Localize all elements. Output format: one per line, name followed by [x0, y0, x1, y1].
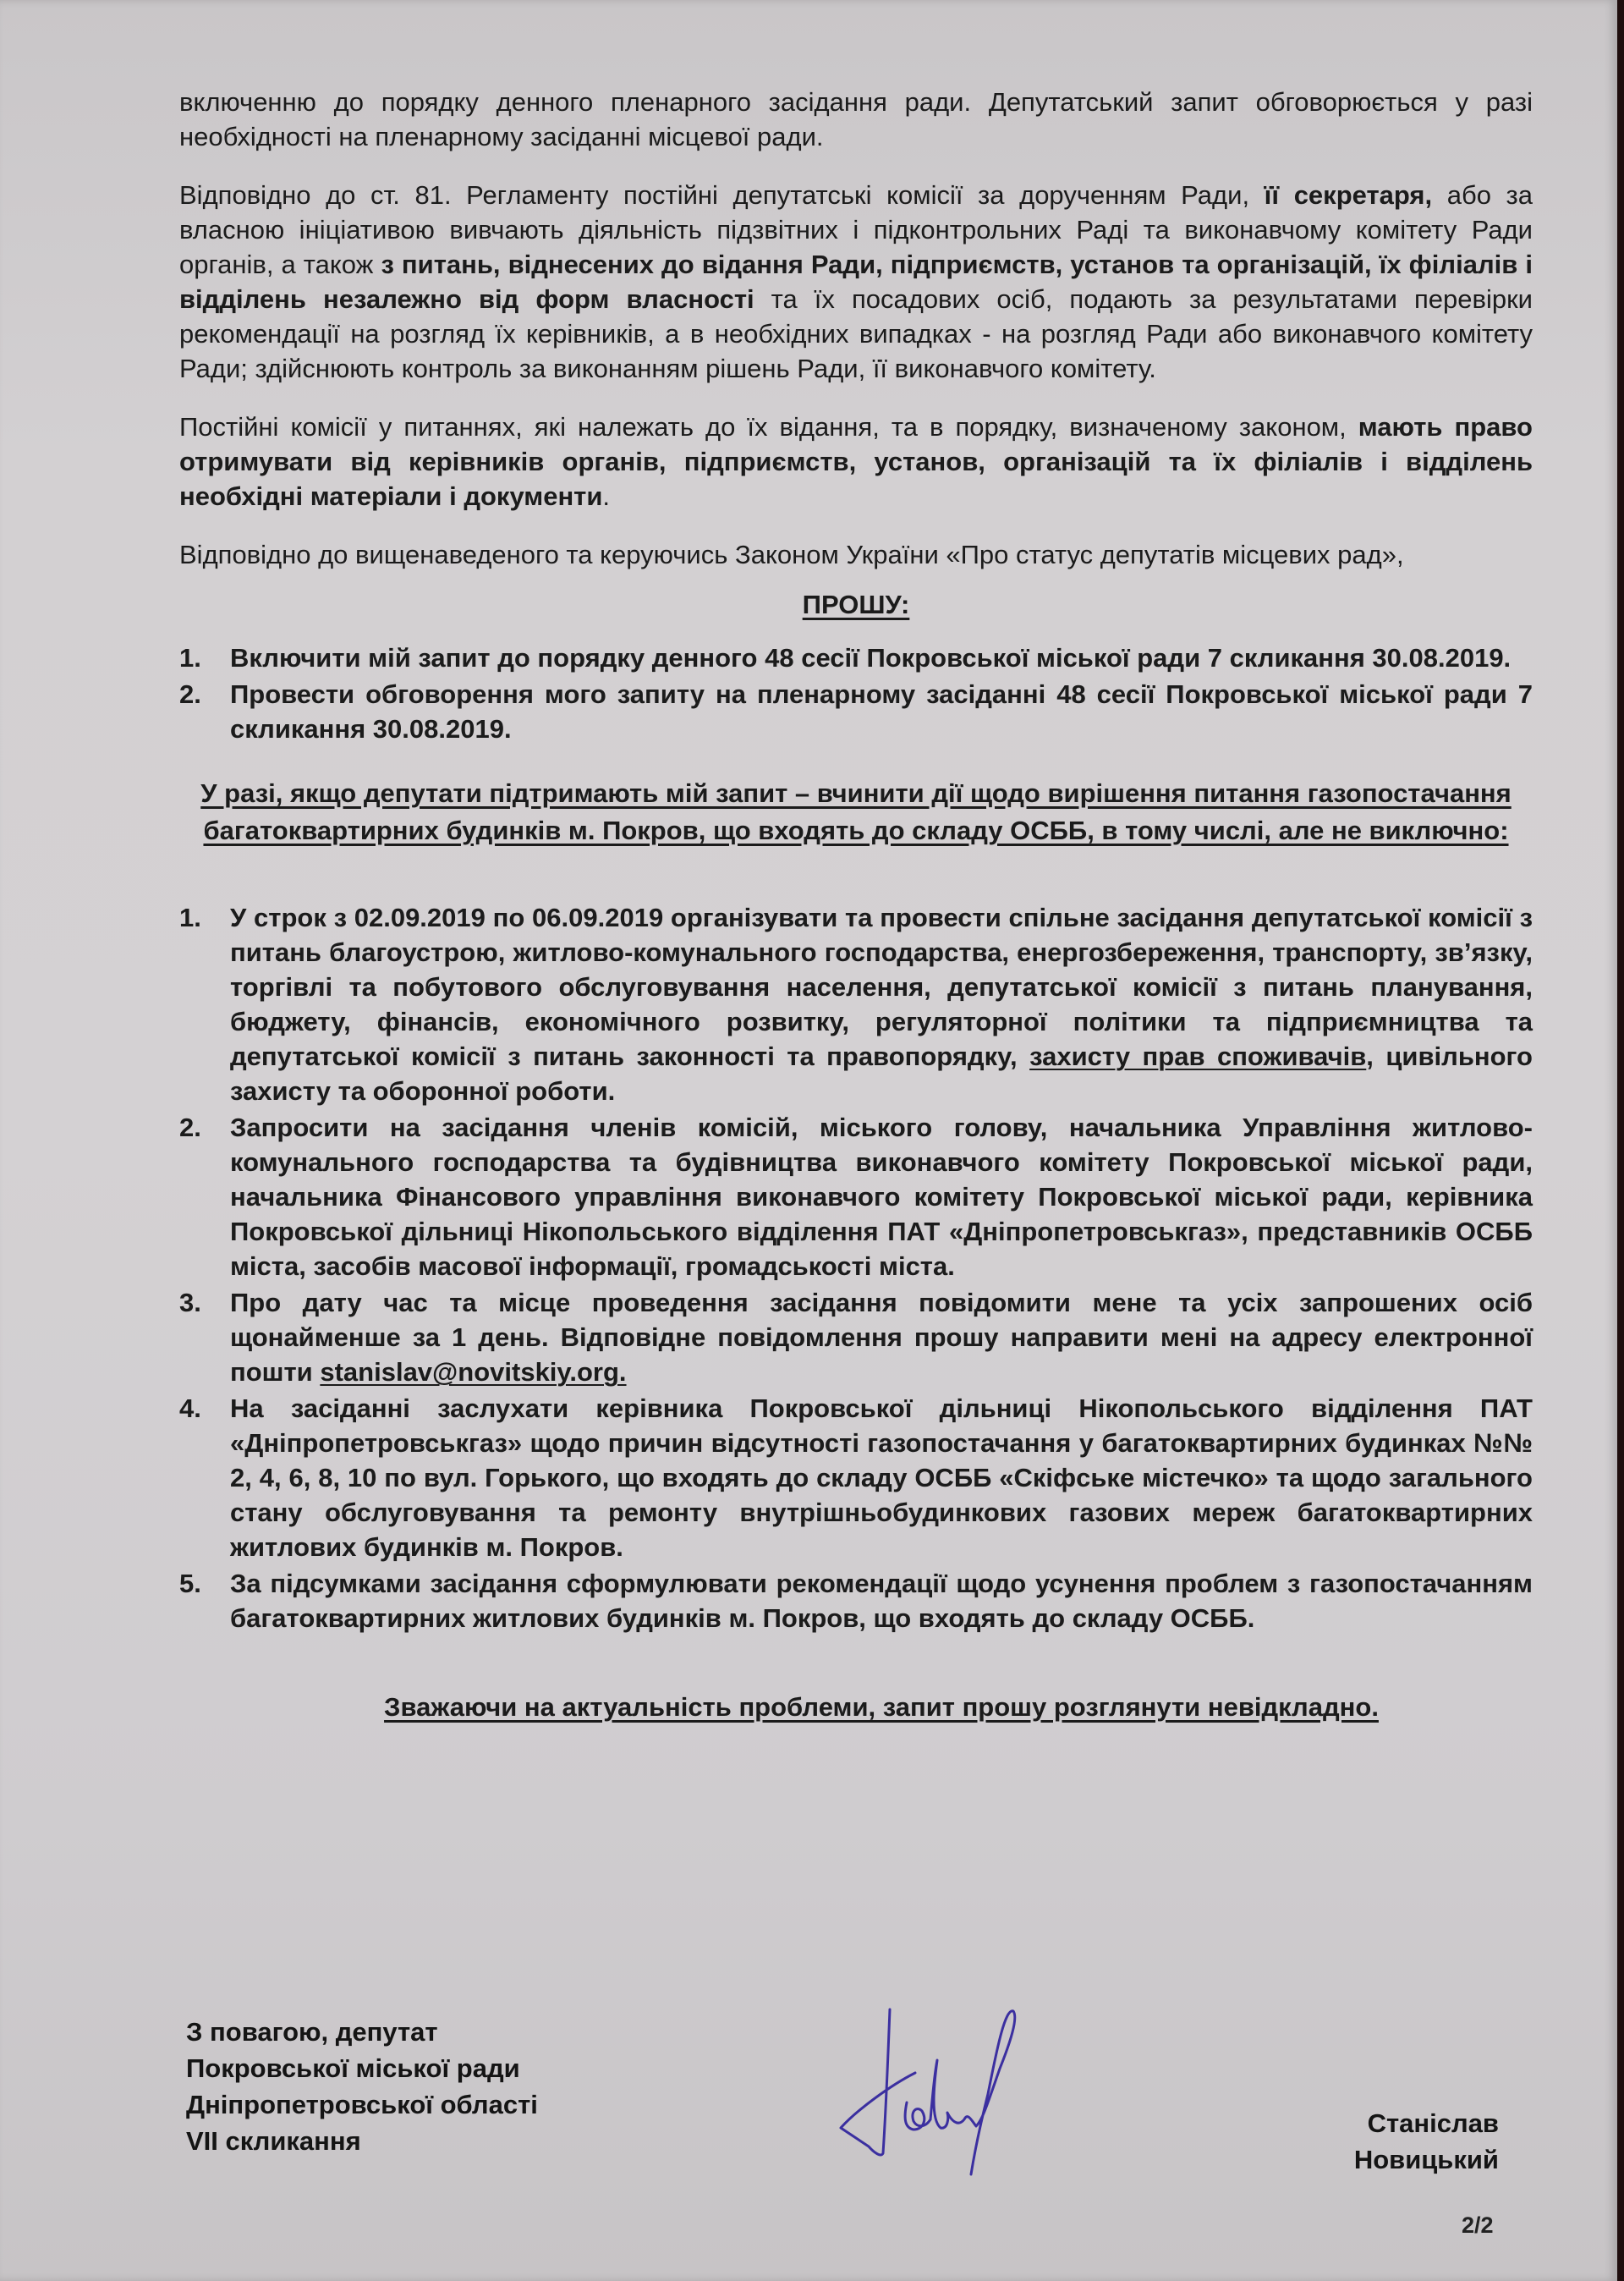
law-paragraph: Відповідно до вищенаведеного та керуючис… — [179, 537, 1533, 572]
title-line: VII скликання — [186, 2123, 538, 2159]
item-text: За підсумками засідання сформулювати рек… — [230, 1569, 1533, 1633]
article-81-paragraph: Відповідно до ст. 81. Регламенту постійн… — [179, 178, 1533, 386]
first-name: Станіслав — [1354, 2105, 1499, 2141]
email-link[interactable]: stanislav@novitskiy.org. — [320, 1357, 626, 1387]
handwritten-signature-icon — [822, 2001, 1076, 2179]
document-page: включенню до порядку денного пленарного … — [0, 0, 1617, 2281]
action-item: 1.У строк з 02.09.2019 по 06.09.2019 орг… — [179, 900, 1533, 1108]
text-segment: Відповідно до ст. 81. Регламенту постійн… — [179, 180, 1265, 210]
signatory-name: Станіслав Новицький — [1354, 2105, 1499, 2178]
request-heading: ПРОШУ: — [179, 587, 1533, 622]
signature-block: З повагою, депутат Покровської міської р… — [179, 2014, 1533, 2183]
last-name: Новицький — [1354, 2141, 1499, 2178]
item-number: 1. — [179, 900, 201, 935]
title-line: Дніпропетровської області — [186, 2086, 538, 2123]
request-list: 1.Включити мій запит до порядку денного … — [179, 640, 1533, 746]
title-line: З повагою, депутат — [186, 2014, 538, 2050]
item-number: 3. — [179, 1285, 201, 1320]
item-number: 1. — [179, 640, 201, 675]
action-item: 4.На засіданні заслухати керівника Покро… — [179, 1391, 1533, 1564]
action-item: 3.Про дату час та місце проведення засід… — [179, 1285, 1533, 1389]
document-body: включенню до порядку денного пленарного … — [179, 85, 1533, 1724]
item-text: Провести обговорення мого запиту на плен… — [230, 679, 1533, 744]
intro-paragraph: включенню до порядку денного пленарного … — [179, 85, 1533, 154]
text-segment: . — [602, 481, 610, 511]
request-item: 2.Провести обговорення мого запиту на пл… — [179, 677, 1533, 746]
commissions-paragraph: Постійні комісії у питаннях, які належат… — [179, 409, 1533, 514]
item-number: 2. — [179, 677, 201, 712]
action-item: 5.За підсумками засідання сформулювати р… — [179, 1566, 1533, 1635]
item-number: 4. — [179, 1391, 201, 1426]
item-number: 2. — [179, 1110, 201, 1145]
action-list: 1.У строк з 02.09.2019 по 06.09.2019 орг… — [179, 900, 1533, 1635]
request-item: 1.Включити мій запит до порядку денного … — [179, 640, 1533, 675]
title-line: Покровської міської ради — [186, 2050, 538, 2086]
action-item: 2.Запросити на засідання членів комісій,… — [179, 1110, 1533, 1283]
closing-line: Зважаючи на актуальність проблеми, запит… — [179, 1690, 1533, 1724]
text-segment: Постійні комісії у питаннях, які належат… — [179, 412, 1358, 442]
conditional-heading: У разі, якщо депутати підтримають мій за… — [179, 775, 1533, 849]
background-edge — [1617, 0, 1624, 2281]
signatory-title: З повагою, депутат Покровської міської р… — [186, 2014, 538, 2159]
underlined-text: захисту прав споживачів — [1029, 1042, 1366, 1071]
page-number: 2/2 — [1462, 2212, 1494, 2239]
item-text: Запросити на засідання членів комісій, м… — [230, 1113, 1533, 1281]
item-text: Включити мій запит до порядку денного 48… — [230, 643, 1511, 673]
item-text: На засіданні заслухати керівника Покровс… — [230, 1393, 1533, 1562]
bold-segment: її секретаря, — [1265, 180, 1432, 210]
item-number: 5. — [179, 1566, 201, 1601]
